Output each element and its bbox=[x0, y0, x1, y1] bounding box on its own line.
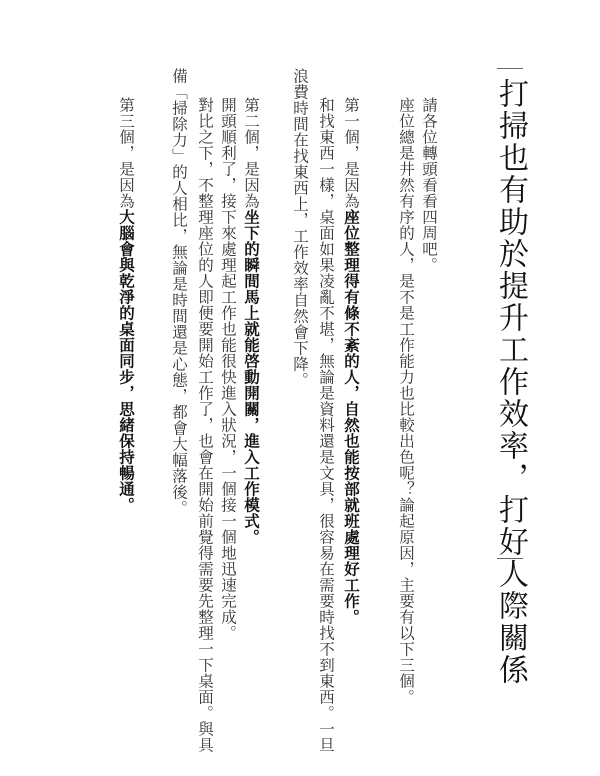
intro-line-2: 座位總是井然有序的人，是不是工作能力也比較出色呢？論起原因，主要有以下三個。 bbox=[395, 97, 417, 705]
reason3-line-1: 第三個，是因為大腦會與乾淨的桌面同步，思緒保持暢通。 bbox=[115, 97, 137, 513]
reason3-prefix: 第三個，是因為 bbox=[117, 97, 135, 209]
reason2-line-4: 備「掃除力」的人相比，無論是時間還是心態，都會大幅落後。 bbox=[168, 68, 190, 516]
reason1-emphasis: 座位整理得有條不紊的人，自然也能按部就班處理好工作。 bbox=[342, 209, 360, 625]
document-page: 打掃也有助於提升工作效率，打好人際關係 請各位轉頭看看四周吧。 座位總是井然有序… bbox=[0, 0, 600, 776]
reason1-line-3: 浪費時間在找東西上，工作效率自然會下降。 bbox=[289, 68, 311, 388]
reason2-line-3: 對比之下，不整理座位的人即便要開始工作了，也會在開始前覺得需要先整理一下桌面。與… bbox=[194, 97, 216, 753]
reason1-line-2: 和找東西一樣，桌面如果凌亂不堪，無論是資料還是文具，很容易在需要時找不到東西。一… bbox=[315, 97, 337, 753]
reason1-prefix: 第一個，是因為 bbox=[342, 97, 360, 209]
reason3-emphasis: 大腦會與乾淨的桌面同步，思緒保持暢通。 bbox=[117, 209, 135, 513]
reason2-emphasis: 坐下的瞬間馬上就能啓動開關，進入工作模式。 bbox=[242, 209, 260, 545]
reason1-line-1: 第一個，是因為座位整理得有條不紊的人，自然也能按部就班處理好工作。 bbox=[340, 97, 362, 625]
title-top-rule bbox=[497, 68, 523, 69]
title-bottom-rule bbox=[497, 558, 523, 559]
reason2-line-2: 開頭順利了，接下來處理起工作也能很快進入狀況，一個接一個地迅速完成。 bbox=[217, 97, 239, 641]
intro-line-1: 請各位轉頭看看四周吧。 bbox=[418, 97, 440, 273]
reason2-prefix: 第二個，是因為 bbox=[242, 97, 260, 209]
reason2-line-1: 第二個，是因為坐下的瞬間馬上就能啓動開關，進入工作模式。 bbox=[240, 97, 262, 545]
page-title: 打掃也有助於提升工作效率，打好人際關係 bbox=[492, 78, 528, 686]
